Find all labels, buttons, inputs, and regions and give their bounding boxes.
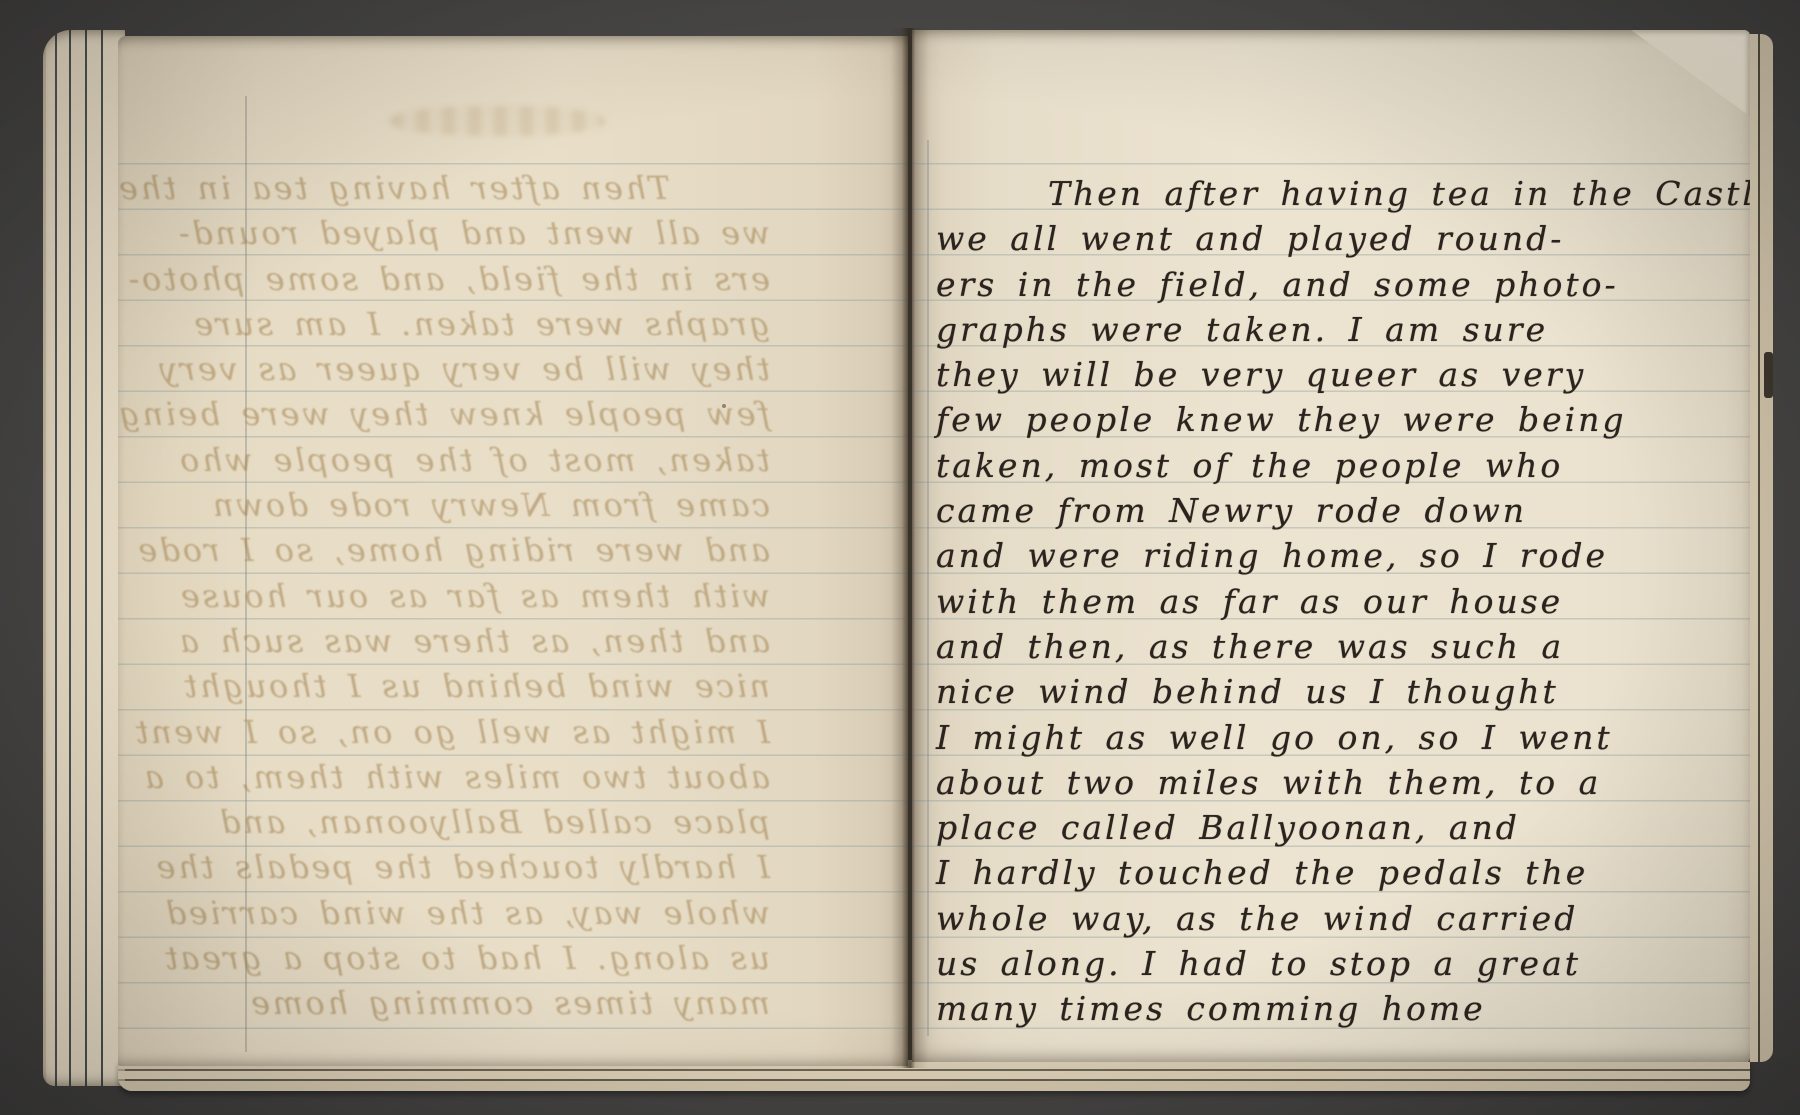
left-page: Then after having tea in the Castlewe al… [118,36,908,1066]
handwritten-line: they will be very queer as very [936,352,1750,397]
right-page-edges [1748,34,1773,1062]
right-page: Then after having tea in the Castlewe al… [912,30,1750,1062]
right-page-text: Then after having tea in the Castlewe al… [936,171,1750,1032]
show-through-line: came from Newry rode down [126,483,770,528]
paper-speck [722,404,726,408]
handwritten-line: taken, most of the people who [936,443,1750,488]
left-page-edges [43,30,125,1086]
show-through-line: whole way, as the wind carried [126,891,770,936]
diary-photo: Then after having tea in the Castlewe al… [0,0,1800,1115]
handwritten-line: few people knew they were being [936,397,1750,442]
show-through-line: us along. I had to stop a great [126,936,770,981]
handwritten-line: us along. I had to stop a great [936,941,1750,986]
show-through-line: taken, most of the people who [126,438,770,483]
handwritten-line: I might as well go on, so I went [936,715,1750,760]
photo-background: { "diary": { "right_page": { "lines": [ … [0,0,1800,1115]
show-through-line: I hardly touched the pedals the [126,845,770,890]
show-through-line: they will be very queer as very [126,347,770,392]
show-through-line: Then after having tea in the Castle [126,166,770,211]
show-through-line: ers in the field, and some photo- [126,257,770,302]
show-through-line: graphs were taken. I am sure [126,302,770,347]
book-gutter-shadow [891,28,929,1068]
show-through-line: and were riding home, so I rode [126,528,770,573]
handwritten-line: about two miles with them, to a [936,760,1750,805]
handwritten-line: whole way, as the wind carried [936,896,1750,941]
cover-edge-mark [1764,352,1773,398]
handwritten-line: with them as far as our house [936,579,1750,624]
show-through-line: with them as far as our house [126,574,770,619]
handwritten-line: I hardly touched the pedals the [936,850,1750,895]
handwritten-line: came from Newry rode down [936,488,1750,533]
show-through-line: place called Ballyoonan, and [126,800,770,845]
show-through-line: we all went and played round- [126,211,770,256]
show-through-line: about two miles with them, to a [126,755,770,800]
faint-heading-smudge [390,106,605,136]
handwritten-line: ers in the field, and some photo- [936,262,1750,307]
handwritten-line: and were riding home, so I rode [936,533,1750,578]
show-through-line: and then, as there was such a [126,619,770,664]
handwritten-line: nice wind behind us I thought [936,669,1750,714]
top-right-corner-curl [1618,30,1750,126]
handwritten-line: we all went and played round- [936,216,1750,261]
show-through-line: I might as well go on, so I went [126,710,770,755]
show-through-line: few people knew they were being [126,392,770,437]
handwritten-line: Then after having tea in the Castle [936,171,1750,216]
show-through-line: nice wind behind us I thought [126,664,770,709]
show-through-line: many times comming home [126,981,770,1026]
handwritten-line: and then, as there was such a [936,624,1750,669]
handwritten-line: place called Ballyoonan, and [936,805,1750,850]
handwritten-line: many times comming home [936,986,1750,1031]
handwritten-line: graphs were taken. I am sure [936,307,1750,352]
left-page-showthrough: Then after having tea in the Castlewe al… [126,166,770,1027]
